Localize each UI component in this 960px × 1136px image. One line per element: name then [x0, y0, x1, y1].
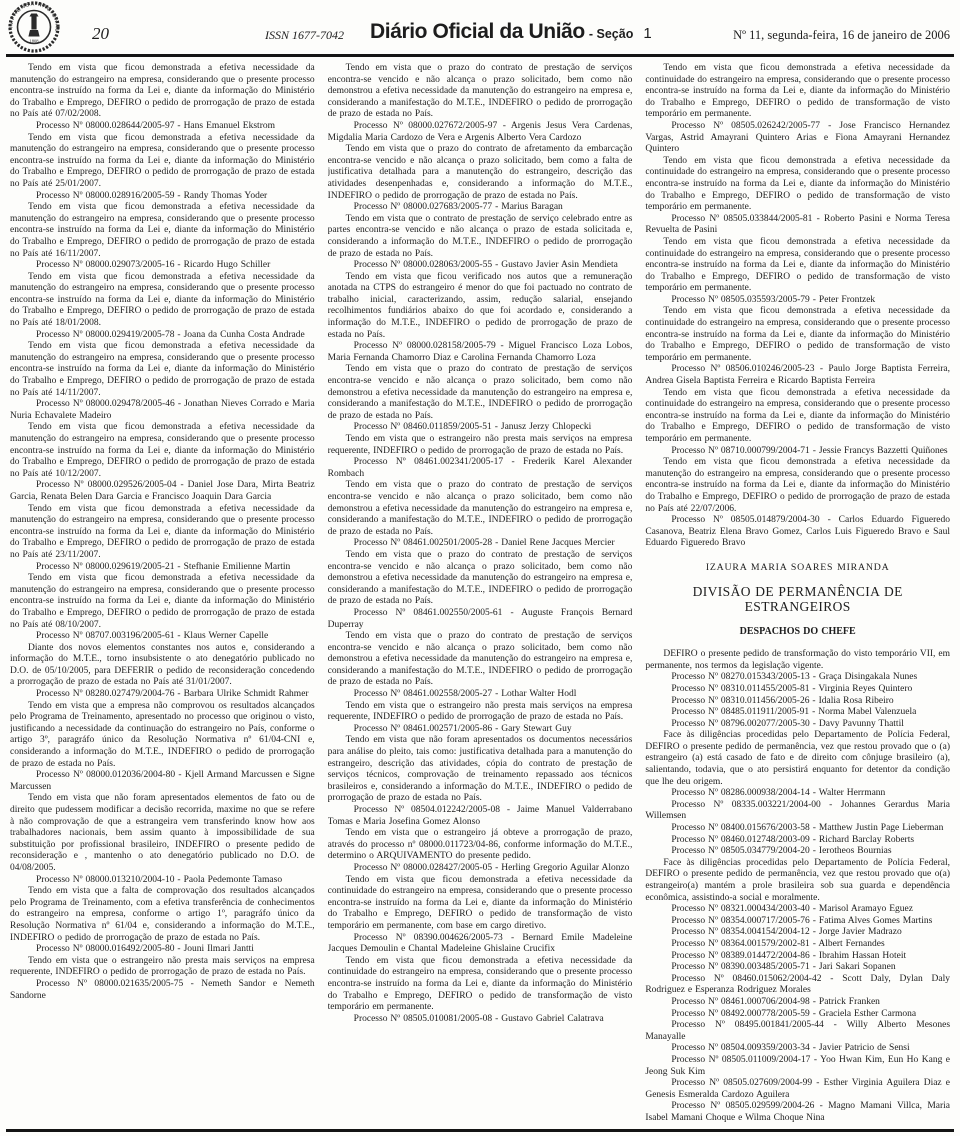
processo-entry: Processo Nº 08389.014472/2004-86 - Ibrah…	[645, 951, 950, 963]
decision-paragraph: Tendo em vista que ficou demonstrada a e…	[10, 504, 315, 562]
processo-entry: Processo Nº 08000.029073/2005-16 - Ricar…	[10, 260, 315, 272]
text-columns: Tendo em vista que ficou demonstrada a e…	[0, 57, 960, 1125]
processo-entry: Processo Nº 08492.000778/2005-59 - Graci…	[645, 1009, 950, 1021]
processo-entry: Processo Nº 08335.003221/2004-00 - Johan…	[645, 800, 950, 823]
processo-entry: Processo Nº 08270.015343/2005-13 - Graça…	[645, 672, 950, 684]
decision-paragraph: Tendo em vista que a empresa não comprov…	[10, 701, 315, 771]
decision-paragraph: Tendo em vista que ficou demonstrada a e…	[645, 388, 950, 446]
decision-paragraph: Tendo em vista que o estrangeiro não pre…	[10, 956, 315, 979]
processo-entry: Processo Nº 08000.029619/2005-21 - Stefh…	[10, 562, 315, 574]
processo-entry: Processo Nº 08000.029478/2005-46 - Jonat…	[10, 399, 315, 422]
masthead-title: Diário Oficial da União	[370, 20, 585, 43]
processo-entry: Processo Nº 08000.016492/2005-80 - Jouni…	[10, 944, 315, 956]
decision-paragraph: Face às diligências procedidas pelo Depa…	[645, 730, 950, 788]
processo-entry: Processo Nº 08000.027683/2005-77 - Mariu…	[328, 202, 633, 214]
processo-entry: Processo Nº 08461.002571/2005-86 - Gary …	[328, 724, 633, 736]
processo-entry: Processo Nº 08461.002341/2005-17 - Frede…	[328, 457, 633, 480]
decision-paragraph: Tendo em vista que ficou demonstrada a e…	[10, 573, 315, 631]
decision-paragraph: Tendo em vista que ficou demonstrada a e…	[645, 63, 950, 121]
decision-paragraph: Tendo em vista que ficou verificado nos …	[328, 272, 633, 342]
processo-entry: Processo Nº 08461.002550/2005-61 - Augus…	[328, 608, 633, 631]
processo-entry: Processo Nº 08000.012036/2004-80 - Kjell…	[10, 770, 315, 793]
decision-paragraph: Tendo em vista que o contrato de prestaç…	[328, 214, 633, 260]
decision-paragraph: Tendo em vista que ficou demonstrada a e…	[328, 875, 633, 933]
column-2: Tendo em vista que o prazo do contrato d…	[328, 63, 633, 1125]
decision-paragraph: Tendo em vista que ficou demonstrada a e…	[10, 341, 315, 399]
processo-entry: Processo Nº 08000.029419/2005-78 - Joana…	[10, 330, 315, 342]
press-seal-icon: IMPRENSA NACIONAL 1808	[8, 1, 60, 53]
processo-entry: Processo Nº 08000.027672/2005-97 - Argen…	[328, 121, 633, 144]
processo-entry: Processo Nº 08504.009359/2003-34 - Javie…	[645, 1043, 950, 1055]
decision-paragraph: Tendo em vista que ficou demonstrada a e…	[328, 956, 633, 1014]
processo-entry: Processo Nº 08505.035593/2005-79 - Peter…	[645, 295, 950, 307]
processo-entry: Processo Nº 08000.028427/2005-05 - Herli…	[328, 863, 633, 875]
processo-entry: Processo Nº 08796.002077/2005-30 - Davy …	[645, 719, 950, 731]
decision-paragraph: Tendo em vista que não foram apresentado…	[328, 735, 633, 805]
decision-paragraph: Tendo em vista que ficou demonstrada a e…	[645, 457, 950, 515]
processo-entry: Processo Nº 08310.011455/2005-81 - Virgi…	[645, 684, 950, 696]
processo-entry: Processo Nº 08354.004154/2004-12 - Jorge…	[645, 927, 950, 939]
logo-text-bottom: 1808	[29, 39, 39, 44]
decision-paragraph: DEFIRO o presente pedido de transformaçã…	[645, 649, 950, 672]
processo-entry: Processo Nº 08000.028063/2005-55 - Gusta…	[328, 260, 633, 272]
decision-paragraph: Tendo em vista que o prazo do contrato d…	[328, 550, 633, 608]
processo-entry: Processo Nº 08000.021635/2005-75 - Nemet…	[10, 979, 315, 1002]
despachos-heading: DESPACHOS DO CHEFE	[645, 626, 950, 638]
processo-entry: Processo Nº 08000.028644/2005-97 - Hans …	[10, 121, 315, 133]
column-1: Tendo em vista que ficou demonstrada a e…	[10, 63, 315, 1125]
processo-entry: Processo Nº 08460.015062/2004-42 - Scott…	[645, 974, 950, 997]
decision-paragraph: Tendo em vista que o prazo do contrato d…	[328, 144, 633, 202]
processo-entry: Processo Nº 08461.000706/2004-98 - Patri…	[645, 997, 950, 1009]
processo-entry: Processo Nº 08390.004626/2005-73 - Berna…	[328, 933, 633, 956]
decision-paragraph: Tendo em vista que o prazo do contrato d…	[328, 631, 633, 689]
processo-entry: Processo Nº 08504.012242/2005-08 - Jaime…	[328, 805, 633, 828]
footer-divider	[6, 1129, 954, 1132]
processo-entry: Processo Nº 08000.028916/2005-59 - Randy…	[10, 191, 315, 203]
masthead-section-number: 1	[643, 25, 651, 42]
decision-paragraph: Tendo em vista que ficou demonstrada a e…	[10, 202, 315, 260]
processo-entry: Processo Nº 08461.002558/2005-27 - Lotha…	[328, 689, 633, 701]
processo-entry: Processo Nº 08505.010081/2005-08 - Gusta…	[328, 1014, 633, 1026]
decision-paragraph: Tendo em vista que ficou demonstrada a e…	[10, 272, 315, 330]
decision-paragraph: Tendo em vista que a falta de comprovaçã…	[10, 886, 315, 944]
processo-entry: Processo Nº 08505.011009/2004-17 - Yoo H…	[645, 1055, 950, 1078]
processo-entry: Processo Nº 08364.001579/2002-81 - Alber…	[645, 939, 950, 951]
decision-paragraph: Diante dos novos elementos constantes no…	[10, 643, 315, 689]
processo-entry: Processo Nº 08286.000938/2004-14 - Walte…	[645, 788, 950, 800]
decision-paragraph: Tendo em vista que ficou demonstrada a e…	[645, 156, 950, 214]
processo-entry: Processo Nº 08505.029599/2004-26 - Magno…	[645, 1101, 950, 1124]
decision-paragraph: Tendo em vista que o prazo do contrato d…	[328, 63, 633, 121]
processo-entry: Processo Nº 08321.000434/2003-40 - Maris…	[645, 904, 950, 916]
processo-entry: Processo Nº 08280.027479/2004-76 - Barba…	[10, 689, 315, 701]
decision-paragraph: Tendo em vista que o estrangeiro não pre…	[328, 434, 633, 457]
page-number: 20	[92, 24, 109, 44]
processo-entry: Processo Nº 08505.027609/2004-99 - Esthe…	[645, 1078, 950, 1101]
processo-entry: Processo Nº 08505.034779/2004-20 - Ierot…	[645, 846, 950, 858]
processo-entry: Processo Nº 08707.003196/2005-61 - Klaus…	[10, 631, 315, 643]
signatory-name: IZAURA MARIA SOARES MIRANDA	[645, 562, 950, 574]
decision-paragraph: Tendo em vista que o estrangeiro não pre…	[328, 701, 633, 724]
processo-entry: Processo Nº 08505.033844/2005-81 - Rober…	[645, 214, 950, 237]
decision-paragraph: Tendo em vista que o estrangeiro já obte…	[328, 828, 633, 863]
decision-paragraph: Tendo em vista que o prazo do contrato d…	[328, 364, 633, 422]
decision-paragraph: Tendo em vista que ficou demonstrada a e…	[10, 133, 315, 191]
processo-entry: Processo Nº 08400.015676/2003-58 - Matth…	[645, 823, 950, 835]
processo-entry: Processo Nº 08495.001841/2005-44 - Willy…	[645, 1020, 950, 1043]
division-heading: DIVISÃO DE PERMANÊNCIA DE ESTRANGEIROS	[645, 584, 950, 614]
processo-entry: Processo Nº 08506.010246/2005-23 - Paulo…	[645, 364, 950, 387]
processo-entry: Processo Nº 08460.011859/2005-51 - Janus…	[328, 422, 633, 434]
processo-entry: Processo Nº 08000.013210/2004-10 - Paola…	[10, 875, 315, 887]
processo-entry: Processo Nº 08710.000799/2004-71 - Jessi…	[645, 446, 950, 458]
decision-paragraph: Tendo em vista que ficou demonstrada a e…	[10, 63, 315, 121]
processo-entry: Processo Nº 08390.003485/2005-71 - Jari …	[645, 962, 950, 974]
edition-info: Nº 11, segunda-feira, 16 de janeiro de 2…	[733, 28, 950, 43]
processo-entry: Processo Nº 08460.012748/2003-09 - Richa…	[645, 835, 950, 847]
gazette-page: IMPRENSA NACIONAL 1808 20 ISSN 1677-7042…	[0, 0, 960, 1136]
column-3: Tendo em vista que ficou demonstrada a e…	[645, 63, 950, 1125]
processo-entry: Processo Nº 08310.011456/2005-26 - Idali…	[645, 696, 950, 708]
masthead-section-label: - Seção	[589, 27, 633, 41]
processo-entry: Processo Nº 08000.029526/2005-04 - Danie…	[10, 480, 315, 503]
processo-entry: Processo Nº 08461.002501/2005-28 - Danie…	[328, 538, 633, 550]
processo-entry: Processo Nº 08485.011911/2005-91 - Norma…	[645, 707, 950, 719]
imprensa-nacional-logo: IMPRENSA NACIONAL 1808	[8, 1, 60, 53]
processo-entry: Processo Nº 08354.000717/2005-76 - Fatim…	[645, 916, 950, 928]
decision-paragraph: Tendo em vista que não foram apresentado…	[10, 793, 315, 874]
page-header: IMPRENSA NACIONAL 1808 20 ISSN 1677-7042…	[0, 0, 960, 54]
decision-paragraph: Face às diligências procedidas pelo Depa…	[645, 858, 950, 904]
masthead: Diário Oficial da União- Seção1	[370, 20, 700, 44]
processo-entry: Processo Nº 08505.026242/2005-77 - Jose …	[645, 121, 950, 156]
processo-entry: Processo Nº 08000.028158/2005-79 - Migue…	[328, 341, 633, 364]
decision-paragraph: Tendo em vista que ficou demonstrada a e…	[645, 306, 950, 364]
decision-paragraph: Tendo em vista que ficou demonstrada a e…	[10, 422, 315, 480]
decision-paragraph: Tendo em vista que o prazo do contrato d…	[328, 480, 633, 538]
issn-label: ISSN 1677-7042	[265, 28, 344, 43]
decision-paragraph: Tendo em vista que ficou demonstrada a e…	[645, 237, 950, 295]
processo-entry: Processo Nº 08505.014879/2004-30 - Carlo…	[645, 515, 950, 550]
